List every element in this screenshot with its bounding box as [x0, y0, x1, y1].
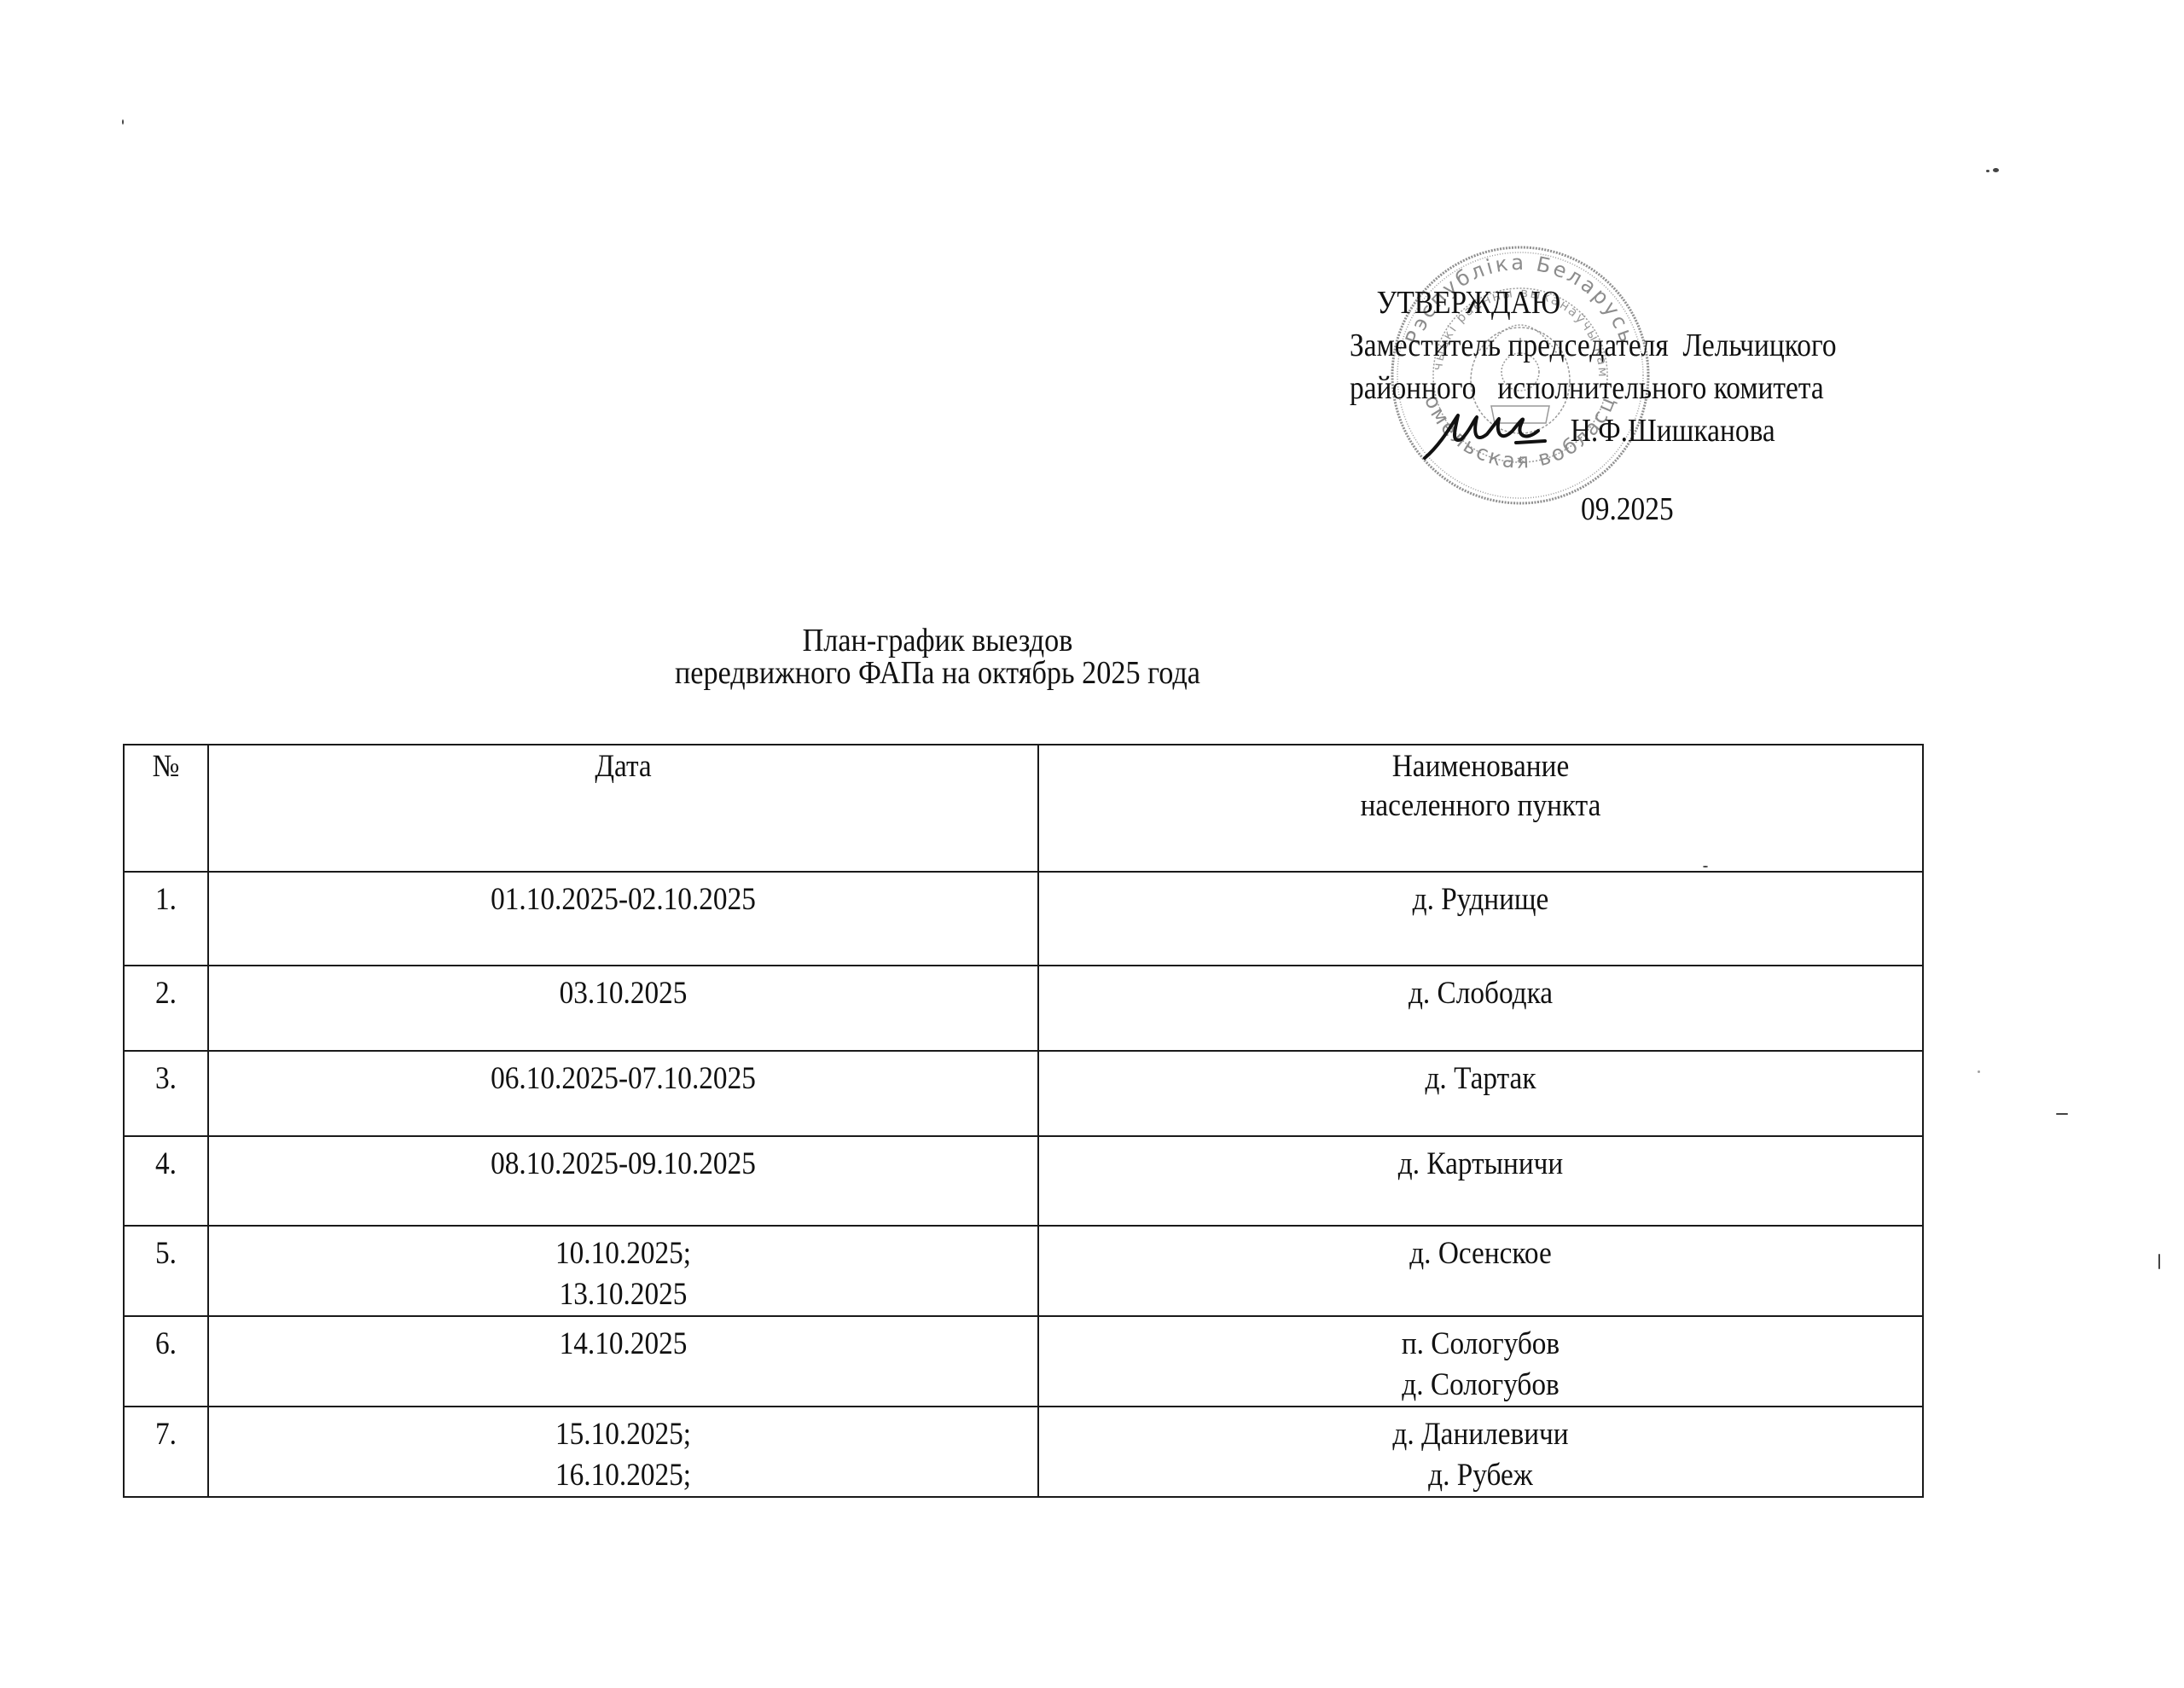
cell-text: д. Данилевичи: [1086, 1414, 1874, 1455]
row-date: 15.10.2025; 16.10.2025;: [208, 1407, 1038, 1497]
cell-text: 01.10.2025-02.10.2025: [253, 879, 993, 920]
row-number: 3.: [124, 1051, 208, 1136]
cell-text: 03.10.2025: [253, 973, 993, 1014]
scan-speck: [2158, 1254, 2160, 1269]
document-title-line-1: План-график выездов: [94, 624, 1781, 657]
table-row: 7. 15.10.2025; 16.10.2025; д. Данилевичи…: [124, 1407, 1923, 1497]
document-title-line-2: передвижного ФАПа на октябрь 2025 года: [94, 657, 1781, 689]
cell-text: д. Руднище: [1086, 879, 1874, 920]
cell-text: Дата: [253, 747, 993, 786]
cell-text: 5.: [131, 1233, 200, 1274]
approval-heading: УТВЕРЖДАЮ: [1350, 281, 1770, 324]
row-number: 1.: [124, 872, 208, 966]
table-row: 6. 14.10.2025 п. Сологубов д. Сологубов: [124, 1316, 1923, 1407]
cell-text: д. Картыничи: [1086, 1144, 1874, 1185]
cell-text: Наименование: [1086, 747, 1874, 786]
cell-text: д. Слободка: [1086, 973, 1874, 1014]
cell-text: 1.: [131, 879, 200, 920]
row-date: 10.10.2025; 13.10.2025: [208, 1226, 1038, 1316]
cell-text: 6.: [131, 1324, 200, 1365]
header-date: Дата: [208, 745, 1038, 872]
handwritten-signature-icon: [1420, 405, 1548, 465]
cell-text: д. Осенское: [1086, 1233, 1874, 1274]
cell-text: 08.10.2025-09.10.2025: [253, 1144, 993, 1185]
table-header-row: № Дата Наименование населенного пункта: [124, 745, 1923, 872]
cell-text: 16.10.2025;: [253, 1455, 993, 1496]
row-number: 4.: [124, 1136, 208, 1226]
approver-position-line-1: Заместитель председателя Лельчицкого: [1350, 324, 1770, 367]
cell-text: д. Рубеж: [1086, 1455, 1874, 1496]
row-settlement: д. Руднище: [1038, 872, 1923, 966]
scan-speck: [1703, 866, 1708, 867]
scan-speck: [1993, 168, 1999, 172]
schedule-table: № Дата Наименование населенного пункта 1…: [123, 744, 1924, 1498]
cell-text: населенного пункта: [1086, 786, 1874, 826]
scan-speck: [2056, 1113, 2068, 1115]
row-date: 14.10.2025: [208, 1316, 1038, 1407]
scan-speck: [122, 119, 124, 125]
table-row: 2. 03.10.2025 д. Слободка: [124, 966, 1923, 1051]
cell-text: 7.: [131, 1414, 200, 1455]
approver-position-line-2: районного исполнительного комитета: [1350, 367, 1770, 409]
cell-text: 2.: [131, 973, 200, 1014]
table-row: 4. 08.10.2025-09.10.2025 д. Картыничи: [124, 1136, 1923, 1226]
cell-text: 06.10.2025-07.10.2025: [253, 1059, 993, 1099]
row-number: 2.: [124, 966, 208, 1051]
row-date: 01.10.2025-02.10.2025: [208, 872, 1038, 966]
row-settlement: д. Тартак: [1038, 1051, 1923, 1136]
header-number: №: [124, 745, 208, 872]
cell-text: 15.10.2025;: [253, 1414, 993, 1455]
cell-text: п. Сологубов: [1086, 1324, 1874, 1365]
scan-speck: [1986, 170, 1989, 172]
cell-text: д. Тартак: [1086, 1059, 1874, 1099]
table-row: 3. 06.10.2025-07.10.2025 д. Тартак: [124, 1051, 1923, 1136]
row-date: 08.10.2025-09.10.2025: [208, 1136, 1038, 1226]
approver-name: Н.Ф.Шишканова: [1350, 409, 1770, 452]
row-date: 06.10.2025-07.10.2025: [208, 1051, 1038, 1136]
row-settlement: д. Данилевичи д. Рубеж: [1038, 1407, 1923, 1497]
row-number: 6.: [124, 1316, 208, 1407]
row-settlement: д. Слободка: [1038, 966, 1923, 1051]
row-number: 7.: [124, 1407, 208, 1497]
row-number: 5.: [124, 1226, 208, 1316]
cell-text: 14.10.2025: [253, 1324, 993, 1365]
table-row: 1. 01.10.2025-02.10.2025 д. Руднище: [124, 872, 1923, 966]
cell-text: 10.10.2025;: [253, 1233, 993, 1274]
cell-text: №: [131, 747, 200, 786]
cell-text: 3.: [131, 1059, 200, 1099]
approval-date: 09.2025: [1350, 488, 1770, 531]
cell-text: д. Сологубов: [1086, 1365, 1874, 1406]
cell-text: 4.: [131, 1144, 200, 1185]
row-settlement: п. Сологубов д. Сологубов: [1038, 1316, 1923, 1407]
scan-speck: [1978, 1070, 1980, 1073]
row-settlement: д. Осенское: [1038, 1226, 1923, 1316]
row-settlement: д. Картыничи: [1038, 1136, 1923, 1226]
table-row: 5. 10.10.2025; 13.10.2025 д. Осенское: [124, 1226, 1923, 1316]
scanned-document-page: Рэспубліка Беларусь Гомельская вобласць …: [0, 0, 2184, 1688]
cell-text: 13.10.2025: [253, 1274, 993, 1315]
row-date: 03.10.2025: [208, 966, 1038, 1051]
header-settlement-name: Наименование населенного пункта: [1038, 745, 1923, 872]
document-title: План-график выездов передвижного ФАПа на…: [0, 624, 1875, 689]
